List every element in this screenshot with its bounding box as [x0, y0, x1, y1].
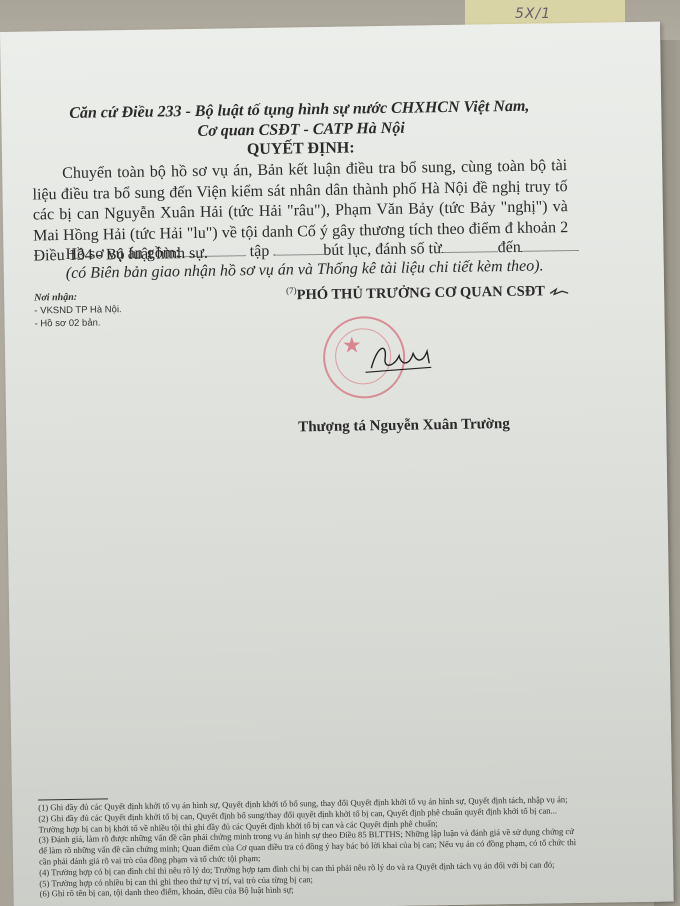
signature-icon: [365, 337, 446, 378]
sticky-note-handwriting: 5X/1: [515, 6, 551, 22]
star-icon: ★: [342, 332, 362, 358]
signer-name: Thượng tá Nguyễn Xuân Trường: [298, 416, 510, 436]
footnote-divider: [38, 798, 108, 800]
blank-from-number: [442, 239, 498, 253]
recipient-item: - Hồ sơ 02 bản.: [34, 316, 121, 330]
issuing-agency: Cơ quan CSĐT - CATP Hà Nội: [197, 120, 404, 141]
dossier-pages-label: bút lục, đánh số từ: [323, 240, 442, 259]
footnote-ref: (7): [286, 285, 297, 295]
blank-volume-count: [180, 243, 246, 257]
blank-to-number: [521, 238, 579, 252]
dossier-volumes-label: tập: [250, 243, 270, 260]
document-content: Căn cứ Điều 233 - Bộ luật tố tụng hình s…: [0, 22, 660, 32]
dossier-prefix: Hồ sơ vụ án gồm:: [65, 244, 179, 263]
blank-page-count: [273, 242, 323, 256]
footnotes: (1) Ghi đầy đủ các Quyết định khởi tố vụ…: [38, 794, 579, 900]
signer-title: (7)PHÓ THỦ TRƯỞNG CƠ QUAN CSĐT: [286, 281, 570, 304]
initial-mark-icon: [548, 287, 570, 297]
decision-title: QUYẾT ĐỊNH:: [247, 139, 355, 159]
recipient-item: - VKSND TP Hà Nội.: [34, 303, 121, 317]
dossier-to-label: đến: [498, 239, 521, 256]
legal-basis-heading: Căn cứ Điều 233 - Bộ luật tố tụng hình s…: [69, 98, 529, 123]
recipients-block: Nơi nhận: - VKSND TP Hà Nội. - Hồ sơ 02 …: [34, 290, 122, 330]
document-page: Căn cứ Điều 233 - Bộ luật tố tụng hình s…: [0, 22, 674, 906]
signer-title-text: PHÓ THỦ TRƯỞNG CƠ QUAN CSĐT: [297, 283, 545, 303]
